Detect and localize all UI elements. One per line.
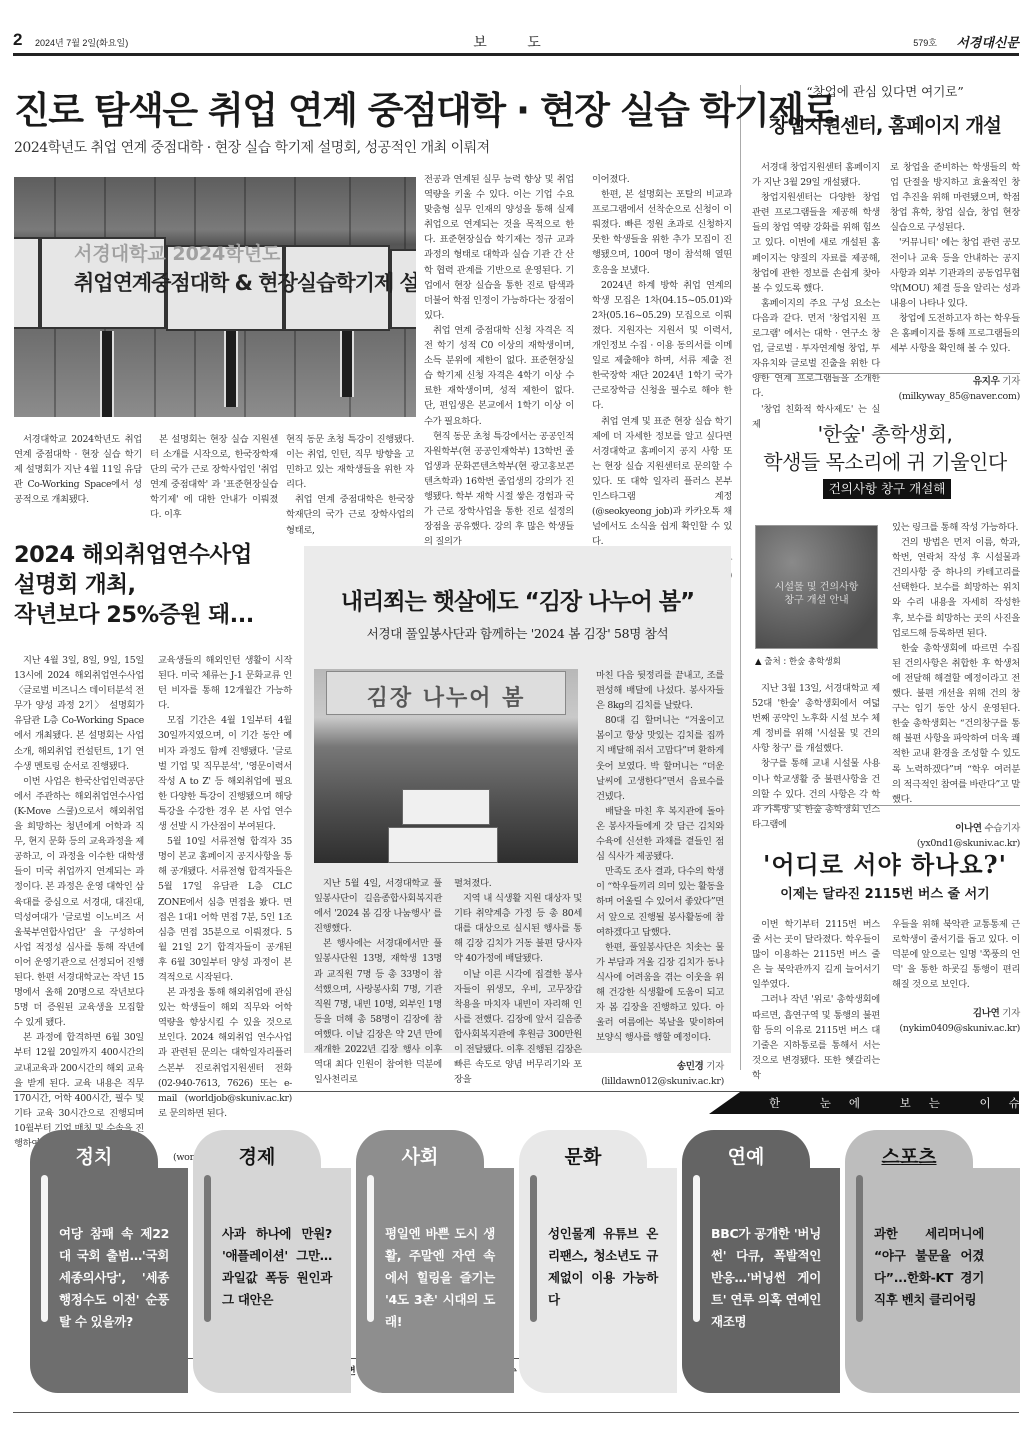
issue-category: 경제 <box>193 1142 321 1169</box>
gimjang-col1: 지난 5월 4일, 서경대학교 풀잎봉사단이 길음종합사회복지관에서 '2024… <box>314 876 442 1087</box>
gimjang-col-right: 마친 다음 뒷정리를 끝내고, 조를 편성해 배달에 나섰다. 봉사자들은 8k… <box>596 668 724 1089</box>
overseas-col1: 지난 4월 3일, 8일, 9일, 15일 13시에 2024 해외취업연수사업… <box>14 653 144 1151</box>
main-article-col2: 본 설명회는 현장 실습 지원센터 소개를 시작으로, 한국장학재단의 국가 근… <box>150 432 278 523</box>
byline: 김나연 기자 (nykim0409@skuniv.ac.kr) <box>892 1006 1020 1036</box>
issue-card-culture[interactable]: 문화 성인물계 유튜브 온리팬스, 청소년도 규제없이 이용 가능하다 <box>502 1130 677 1393</box>
main-article-col1: 서경대학교 2024학년도 취업 연계 중점대학 · 현장 실습 학기제 설명회… <box>14 432 142 507</box>
issue-card-economy[interactable]: 경제 사과 하나에 만원? '애플레이션' 그만…과일값 폭등 원인과 그 대안… <box>176 1130 351 1393</box>
briefing-session-photo: 서경대학교 2024학년도 취업연계중점대학 & 현장실습학기제 설명회 <box>14 177 416 417</box>
issue-headline: 여당 참패 속 제22대 국회 출범…'국회 세종의사당', '세종 행정수도 … <box>59 1223 169 1333</box>
startup-kicker: “창업에 관심 있다면 여기로” <box>750 82 1020 100</box>
issue-card-politics[interactable]: 정치 여당 참패 속 제22대 국회 출범…'국회 세종의사당', '세종 행정… <box>13 1130 188 1393</box>
byline: 유지우 기자 (milkyway_85@naver.com) <box>890 374 1020 404</box>
issue-headline: 성인물계 유튜브 온리팬스, 청소년도 규제없이 이용 가능하다 <box>548 1223 658 1311</box>
bus-subheadline: 이제는 달라진 2115번 버스 줄 서기 <box>750 883 1020 902</box>
masthead-rule <box>13 53 1019 56</box>
column-divider <box>740 85 741 1070</box>
issue-category: 문화 <box>519 1142 647 1169</box>
gimjang-subheadline: 서경대 풀잎봉사단과 함께하는 '2024 봄 김장' 58명 참석 <box>304 624 731 642</box>
issues-banner: 한 눈에 보는 이슈 <box>709 1092 1019 1114</box>
masthead: 2 2024년 7월 2일(화요일) 보 도 579호 서경대신문 <box>13 30 1019 54</box>
section-title: 보 도 <box>13 32 1019 52</box>
issue-card-entertainment[interactable]: 연예 BBC가 공개한 '버닝썬' 다큐, 폭발적인 반응…'버닝썬 게이트' … <box>665 1130 840 1393</box>
startup-col1: 서경대 창업지원센터 홈페이지가 지난 3월 29일 개설됐다. 창업지원센터는… <box>752 160 880 432</box>
bus-col2: 우들을 위해 북악관 교통통제 근로학생이 줄서기를 돕고 있다. 이 덕분에 … <box>892 917 1020 1036</box>
byline-email[interactable]: (lilldawn012@skuniv.ac.kr) <box>601 1076 724 1087</box>
byline-email[interactable]: (nykim0409@skuniv.ac.kr) <box>899 1023 1020 1034</box>
overseas-col2: 교육생들의 해외인턴 생활이 시작된다. 미국 체류는 J-1 문화교류 인턴 … <box>158 653 292 1165</box>
screen-text-line2: 취업연계중점대학 & 현장실습학기제 설명회 <box>74 267 416 297</box>
main-article-col3: 현직 동문 초청 특강이 진행됐다. 이는 취업, 인턴, 직무 방향을 고민하… <box>286 432 414 538</box>
main-article-col4: 전공과 연계된 실무 능력 향상 및 취업 역량을 키울 수 있다. 이는 기업… <box>424 172 574 549</box>
issue-headline: 과한 세리머니에 “야구 불문율 어겼다”...한화-KT 경기 직후 벤치 클… <box>874 1223 984 1311</box>
article-divider <box>755 373 1020 374</box>
hansup-headline: '한숲' 총학생회, 학생들 목소리에 귀 기울인다 <box>750 420 1020 476</box>
issue-headline: 평일엔 바쁜 도시 생활, 주말엔 자연 속에서 힐링을 즐기는 '4도 3촌'… <box>385 1223 495 1333</box>
issue-category: 사회 <box>356 1142 484 1169</box>
hansup-col2: 있는 링크를 통해 작성 가능하다. 건의 방법은 먼저 이름, 학과, 학번,… <box>892 520 1020 851</box>
gimjang-col2: 펼쳐졌다. 지역 내 식생활 지원 대상자 및 기타 취약계층 가정 등 총 8… <box>454 876 582 1087</box>
photo-source: ▲ 출처 : 한숲 총학생회 <box>755 655 841 667</box>
issue-card-sports[interactable]: 스포츠 과한 세리머니에 “야구 불문율 어겼다”...한화-KT 경기 직후 … <box>828 1130 1020 1393</box>
issue-category: 스포츠 <box>845 1142 973 1169</box>
issue-headline: BBC가 공개한 '버닝썬' 다큐, 폭발적인 반응…'버닝썬 게이트' 연루 … <box>711 1223 821 1333</box>
section-rule <box>13 1091 1019 1092</box>
gimjang-group-photo: 김장 나누어 봄 <box>314 669 578 863</box>
article-divider <box>755 805 1020 806</box>
main-headline: 진로 탐색은 취업 연계 중점대학 · 현장 실습 학기제로 <box>14 80 837 134</box>
issue-category: 정치 <box>30 1142 158 1169</box>
hansup-col1: 지난 3월 13일, 서경대학교 제52대 '한숲' 총학생회에서 여덟 번째 … <box>752 681 880 832</box>
facility-notice-photo: 시설물 및 건의사항 창구 개설 안내 <box>755 525 878 649</box>
hansup-badge: 건의사항 창구 개설해 <box>823 479 951 499</box>
issue-number: 579호 <box>913 36 937 49</box>
issue-headline: 사과 하나에 만원? '애플레이션' 그만…과일값 폭등 원인과 그 대안은 <box>222 1223 332 1311</box>
startup-headline: 창업지원센터, 홈페이지 개설 <box>750 110 1020 138</box>
gimjang-headline: 내리쬐는 햇살에도 “김장 나누어 봄” <box>304 583 731 616</box>
page-bottom-rule <box>13 1412 1019 1413</box>
gimjang-article-box: 내리쬐는 햇살에도 “김장 나누어 봄” 서경대 풀잎봉사단과 함께하는 '20… <box>304 546 731 1053</box>
issues-at-a-glance: 정치 여당 참패 속 제22대 국회 출범…'국회 세종의사당', '세종 행정… <box>13 1130 1020 1393</box>
bus-col1: 이번 학기부터 2115번 버스 줄 서는 곳이 달라졌다. 학우들이 많이 이… <box>752 917 880 1083</box>
main-article-col5: 이어졌다. 한편, 본 설명회는 포탈의 비교과 프로그램에서 선착순으로 신청… <box>592 172 732 583</box>
screen-text-line1: 서경대학교 2024학년도 <box>74 239 280 266</box>
bus-headline: '어디로 서야 하나요?' <box>750 845 1020 880</box>
overseas-headline: 2024 해외취업연수사업 설명회 개최, 작년보다 25%증원 돼... <box>14 540 254 630</box>
byline-email[interactable]: (milkyway_85@naver.com) <box>898 391 1020 402</box>
issue-card-society[interactable]: 사회 평일엔 바쁜 도시 생활, 주말엔 자연 속에서 힐링을 즐기는 '4도 … <box>339 1130 514 1393</box>
byline: 송민경 기자 (lilldawn012@skuniv.ac.kr) <box>596 1059 724 1089</box>
issue-category: 연예 <box>682 1142 810 1169</box>
newspaper-name: 서경대신문 <box>956 32 1019 51</box>
startup-col2: 로 창업을 준비하는 학생들의 학업 단절을 방지하고 효율적인 창업 추진을 … <box>890 160 1020 404</box>
event-banner: 김장 나누어 봄 <box>326 671 566 715</box>
main-subheadline: 2024학년도 취업 연계 중점대학 · 현장 실습 학기제 설명회, 성공적인… <box>14 137 490 157</box>
